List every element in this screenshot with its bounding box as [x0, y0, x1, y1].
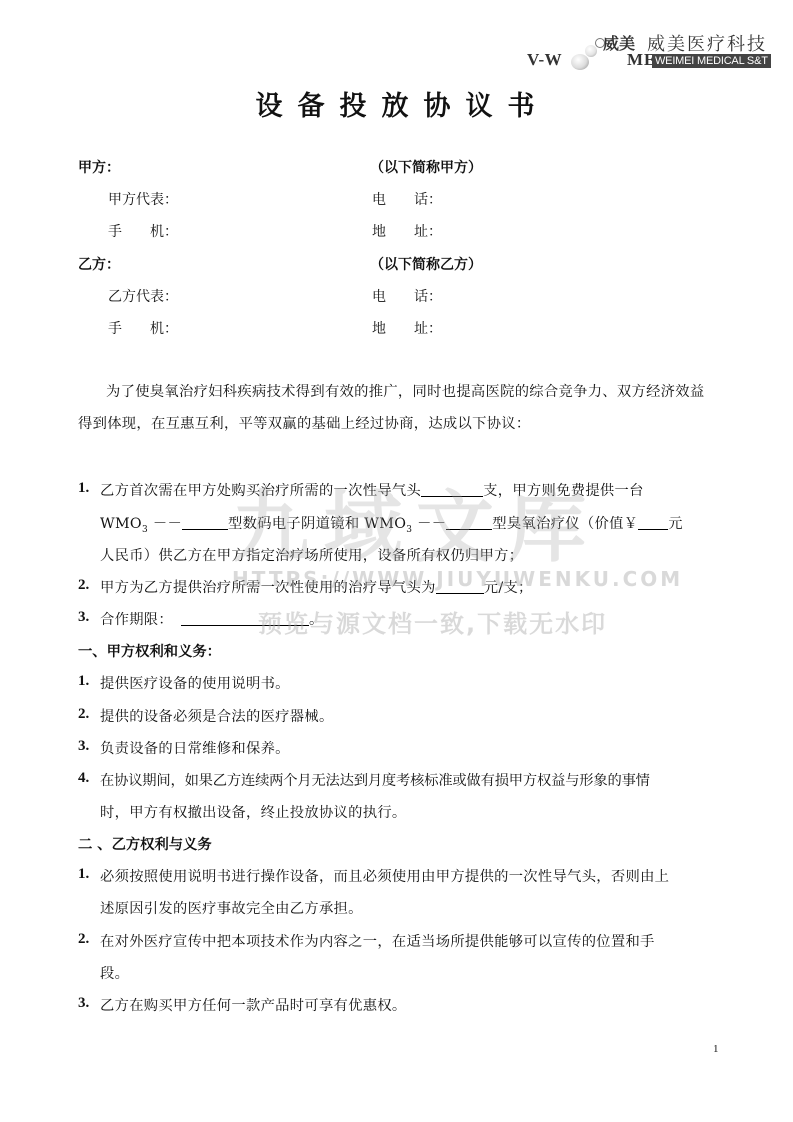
logo-brand-en: WEIMEI MEDICAL S&T [652, 54, 771, 68]
party-a-label: 甲方： [78, 158, 120, 178]
party-b-mobile-label: 手 机： [108, 319, 178, 339]
price-blank-field[interactable] [436, 577, 484, 594]
term-text: 甲方为乙方提供治疗所需一次性使用的治疗导气头为 [100, 580, 436, 596]
party-a-mobile-label: 手 机： [108, 222, 178, 242]
section-b-item-cont: 述原因引发的医疗事故完全由乙方承担。 [100, 898, 363, 918]
section-a-item: 提供的设备必须是合法的医疗器械。 [100, 706, 334, 726]
logo-ball-icon [571, 54, 589, 70]
quantity-blank-field[interactable] [421, 480, 483, 497]
section-b-item: 在对外医疗宣传中把本项技术作为内容之一，在适当场所提供能够可以宣传的位置和手 [100, 931, 655, 951]
party-b-rep-label: 乙方代表： [108, 287, 178, 307]
item-number: 3. [78, 995, 89, 1012]
section-a-item-cont: 时，甲方有权撤出设备，终止投放协议的执行。 [100, 802, 407, 822]
term-text: －－ [412, 516, 446, 532]
item-number: 4. [78, 770, 89, 787]
term-text: 支，甲方则免费提供一台 [483, 483, 644, 499]
section-a-item: 提供医疗设备的使用说明书。 [100, 673, 290, 693]
period-blank-field[interactable] [181, 609, 309, 626]
party-b-label: 乙方： [78, 255, 120, 275]
item-number: 3. [78, 738, 89, 755]
document-page: V-W MEN 威美 威美医疗科技 WEIMEI MEDICAL S&T 设备投… [0, 0, 793, 1122]
term-2: 甲方为乙方提供治疗所需一次性使用的治疗导气头为元/支； [100, 577, 533, 597]
term-3: 合作期限：。 [100, 609, 324, 629]
term-number: 3. [78, 609, 89, 626]
logo-brand-small: 威美 [603, 31, 635, 54]
section-b-heading: 二 、乙方权利与义务 [78, 834, 212, 854]
term-number: 1. [78, 480, 89, 497]
term-number: 2. [78, 577, 89, 594]
party-b-phone-label: 电 话： [372, 287, 442, 307]
term-1-line-2: WMO3 －－型数码电子阴道镜和 WMO3 －－型臭氧治疗仪（价值￥元 [100, 513, 683, 535]
page-number: 1 [713, 1043, 719, 1055]
term-text: 型数码电子阴道镜和 WMO [228, 516, 406, 532]
section-a-item: 负责设备的日常维修和保养。 [100, 738, 290, 758]
company-logo: V-W MEN 威美 威美医疗科技 WEIMEI MEDICAL S&T [527, 30, 777, 74]
colposcope-model-blank-field[interactable] [182, 513, 228, 530]
intro-paragraph: 为了使臭氧治疗妇科疾病技术得到有效的推广，同时也提高医院的综合竞争力、双方经济效… [78, 376, 718, 440]
logo-brand-cn: 威美医疗科技 [647, 30, 767, 56]
party-b-address-label: 地 址： [372, 319, 442, 339]
item-number: 1. [78, 673, 89, 690]
term-1-line-3: 人民币）供乙方在甲方指定治疗场所使用，设备所有权仍归甲方； [100, 545, 523, 565]
term-text: 乙方首次需在甲方处购买治疗所需的一次性导气头 [100, 483, 421, 499]
item-number: 2. [78, 931, 89, 948]
logo-text-left: V-W [527, 50, 562, 70]
term-1-line-1: 乙方首次需在甲方处购买治疗所需的一次性导气头支，甲方则免费提供一台 [100, 480, 644, 500]
party-b-alias: （以下简称乙方） [370, 255, 482, 275]
item-number: 2. [78, 706, 89, 723]
item-number: 1. [78, 866, 89, 883]
section-b-item: 必须按照使用说明书进行操作设备，而且必须使用由甲方提供的一次性导气头，否则由上 [100, 866, 669, 886]
section-a-heading: 一、甲方权利和义务： [78, 641, 221, 661]
term-text: 元 [668, 516, 683, 532]
term-text: 。 [309, 612, 324, 628]
party-a-phone-label: 电 话： [372, 190, 442, 210]
party-a-rep-label: 甲方代表： [108, 190, 178, 210]
term-text: WMO [100, 516, 142, 532]
party-a-alias: （以下简称甲方） [370, 158, 482, 178]
section-a-item: 在协议期间，如果乙方连续两个月无法达到月度考核标准或做有损甲方权益与形象的事情 [100, 770, 650, 790]
term-text: 元/支； [484, 580, 533, 596]
value-blank-field[interactable] [638, 513, 668, 530]
section-b-item-cont: 段。 [100, 963, 129, 983]
term-text: 合作期限： [100, 612, 173, 628]
term-text: －－ [148, 516, 182, 532]
term-text: 型臭氧治疗仪（价值￥ [492, 516, 638, 532]
page-title: 设备投放协议书 [0, 84, 793, 123]
section-b-item: 乙方在购买甲方任何一款产品时可享有优惠权。 [100, 995, 407, 1015]
logo-ball-icon [585, 45, 597, 57]
ozone-model-blank-field[interactable] [446, 513, 492, 530]
party-a-address-label: 地 址： [372, 222, 442, 242]
